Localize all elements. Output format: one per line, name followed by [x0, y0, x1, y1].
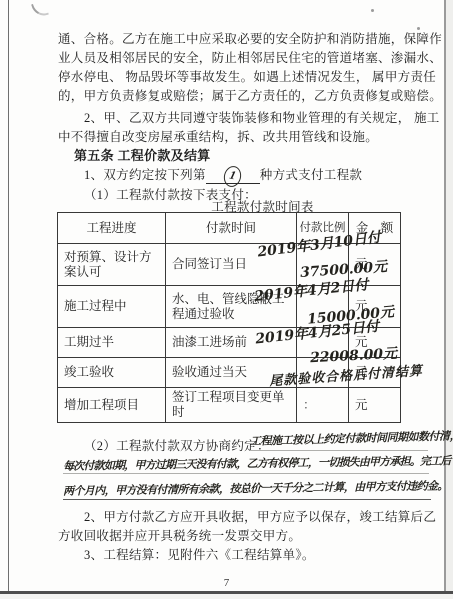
table-row: 增加工程项目 签订工程项目变更单时 ： 元	[58, 388, 401, 423]
paragraph-line: 的，甲方负责修复或赔偿；属于乙方责任的，乙方负责修复或赔偿。	[58, 87, 430, 105]
blank-underline	[63, 473, 429, 474]
scanned-contract-page: 通、合格。乙方在施工中应采取必要的安全防护和消防措施，保障作 业人员及相邻居民的…	[0, 0, 453, 599]
handwritten-agreement-line: 每次付款如期，甲方过期三天没有付款，乙方有权停工，一切损失由甲方承担。完工后	[63, 452, 451, 473]
cell-progress: 工期过半	[58, 328, 166, 358]
scan-smudge-mark	[31, 0, 49, 19]
cell-progress: 施工过程中	[58, 286, 166, 328]
clause1-suffix: 种方式支付工程款	[260, 168, 362, 182]
paragraph-line: 中不得擅自改变房屋承重结构，拆、改共用管线和设施。	[58, 128, 430, 146]
ink-speck	[371, 9, 374, 12]
scan-edge-right	[444, 0, 446, 592]
payment-method-blank: 1	[206, 166, 260, 184]
cell-progress: 对预算、设计方案认可	[58, 244, 166, 286]
paragraph-line: 业人员及相邻居民的安全，防止相邻居民住宅的管道堵塞、渗漏水、	[58, 49, 430, 67]
payment-schedule-table: 工程进度 付款时间 付款比例 金 额 对预算、设计方案认可 合同签订当日 元 施…	[57, 212, 400, 423]
cell-progress: 增加工程项目	[58, 388, 166, 423]
clause1-prefix: 1、双方约定按下列第	[84, 168, 206, 182]
page-number: 7	[0, 577, 453, 589]
cell-ratio: ：	[297, 388, 349, 423]
paragraph-line: 2、甲方付款乙方应开具收据，甲方应予以保存，竣工结算后乙	[58, 508, 430, 526]
scan-edge-right-shade	[446, 0, 453, 599]
paragraph-line: 方收回收据并应开具税务统一发票交甲方。	[58, 527, 430, 545]
paragraph-line: 通、合格。乙方在施工中应采取必要的安全防护和消防措施，保障作	[58, 30, 430, 48]
paragraph-line: 停水停电、 物品毁坏等事故发生。如遇上述情况发生， 属甲方责任	[58, 68, 430, 86]
header-progress: 工程进度	[58, 213, 166, 244]
scan-edge-bottom-shade	[0, 594, 453, 599]
blank-underline	[63, 499, 431, 500]
section-heading: 第五条 工程价款及结算	[74, 147, 446, 165]
paragraph-line: 3、工程结算：见附件六《工程结算单》。	[58, 546, 430, 564]
cell-time: 签订工程项目变更单时	[166, 388, 297, 423]
cell-progress: 竣工验收	[58, 358, 166, 388]
scan-edge-left	[8, 0, 9, 592]
handwritten-agreement-line: 两个月内，甲方没有付清所有余款，按总价一天千分之二计算，由甲方支付违约金。	[63, 477, 448, 498]
payment-method-clause: 1、双方约定按下列第1种方式支付工程款	[84, 166, 453, 184]
paragraph-line: 2、甲、乙双方共同遵守装饰装修和物业管理的有关规定， 施工	[58, 109, 430, 127]
blank-underline	[250, 450, 428, 451]
cell-amount-unit: 元	[349, 388, 401, 423]
